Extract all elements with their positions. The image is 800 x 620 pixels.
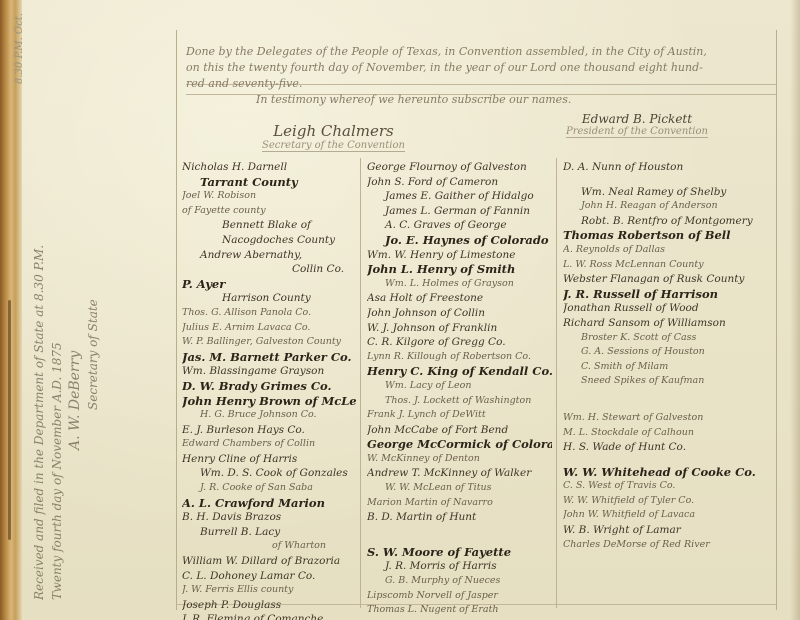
filing-endorsement: Received and filed in the Department of … <box>30 120 102 600</box>
delegate-signature: H. G. Bruce Johnson Co. <box>182 408 356 423</box>
delegate-signature: C. L. Dohoney Lamar Co. <box>182 569 356 584</box>
delegate-signature: Nicholas H. Darnell <box>182 160 356 175</box>
delegate-signature: Charles DeMorse of Red River <box>563 538 760 553</box>
delegate-signature: Jas. M. Barnett Parker Co. <box>182 350 356 365</box>
secretary-signature-block: Leigh Chalmers Secretary of the Conventi… <box>262 122 405 152</box>
delegate-signature: Thos. G. Allison Panola Co. <box>182 306 356 321</box>
delegate-signature: John S. Ford of Cameron <box>367 175 552 190</box>
delegate-signature: John Johnson of Collin <box>367 306 552 321</box>
delegate-signature: Richard Sansom of Williamson <box>563 316 760 331</box>
delegate-signature: John L. Henry of Smith <box>367 262 552 277</box>
signature-column-1: Nicholas H. Darnell Tarrant County Joel … <box>176 158 360 608</box>
delegate-signature: D. A. Nunn of Houston <box>563 160 760 175</box>
delegate-signature: Frank J. Lynch of DeWitt <box>367 408 552 423</box>
delegate-signature: Broster K. Scott of Cass <box>563 331 760 346</box>
signature-column-3: D. A. Nunn of Houston Wm. Neal Ramey of … <box>556 158 764 608</box>
delegate-signature: John H. Reagan of Anderson <box>563 199 760 214</box>
margin-note-fragment: 8.30 P.M. Oct. <box>14 13 25 84</box>
delegate-signature: Burrell B. Lacy <box>182 525 356 540</box>
delegate-signature: W. McKinney of Denton <box>367 452 552 467</box>
delegate-signature: Henry Cline of Harris <box>182 452 356 467</box>
delegate-signature: of Fayette county <box>182 204 356 219</box>
preamble-line: on this the twenty fourth day of Novembe… <box>186 60 766 76</box>
delegate-signature: Collin Co. <box>182 262 356 277</box>
delegate-signature: Wm. H. Stewart of Galveston <box>563 411 760 426</box>
preamble-line: In testimony whereof we hereunto subscri… <box>186 92 766 108</box>
delegate-signature: Wm. W. Henry of Limestone <box>367 248 552 263</box>
president-name: Edward B. Pickett <box>566 112 708 126</box>
endorsement-signer: A. W. DeBerry <box>66 120 84 600</box>
delegate-signature: J. R. Russell of Harrison <box>563 287 760 302</box>
delegate-signature: G. A. Sessions of Houston <box>563 345 760 360</box>
delegate-signature: James E. Gaither of Hidalgo <box>367 189 552 204</box>
delegate-signature: H. S. Wade of Hunt Co. <box>563 440 760 455</box>
right-ruling-line <box>776 30 777 610</box>
delegate-signature: Jonathan Russell of Wood <box>563 301 760 316</box>
delegate-signature: Wm. Blassingame Grayson <box>182 364 356 379</box>
delegate-signature: Edward Chambers of Collin <box>182 437 356 452</box>
delegate-signature: W. W. Whitfield of Tyler Co. <box>563 494 760 509</box>
delegate-signature: Wm. L. Holmes of Grayson <box>367 277 552 292</box>
delegate-signature: J. R. Fleming of Comanche <box>182 612 356 620</box>
delegate-signature: Sneed Spikes of Kaufman <box>563 374 760 389</box>
delegate-signature: M. L. Stockdale of Calhoun <box>563 426 760 441</box>
secretary-title: Secretary of the Convention <box>262 140 405 152</box>
delegate-signature: of Wharton <box>182 539 356 554</box>
endorsement-line: Received and filed in the Department of … <box>30 120 48 600</box>
delegate-signature: Lipscomb Norvell of Jasper <box>367 589 552 604</box>
preamble-line: red and seventy-five. <box>186 76 766 92</box>
delegate-signature: Asa Holt of Freestone <box>367 291 552 306</box>
delegate-signature: Henry C. King of Kendall Co. <box>367 364 552 379</box>
delegate-signature: B. D. Martin of Hunt <box>367 510 552 525</box>
delegate-signature: W. B. Wright of Lamar <box>563 523 760 538</box>
delegate-signature: W. W. McLean of Titus <box>367 481 552 496</box>
delegate-signature: John Henry Brown of McLennan <box>182 394 356 409</box>
delegate-signature: C. S. West of Travis Co. <box>563 479 760 494</box>
delegate-signature: Wm. Lacy of Leon <box>367 379 552 394</box>
delegate-signature: C. Smith of Milam <box>563 360 760 375</box>
delegate-signature: W. J. Johnson of Franklin <box>367 321 552 336</box>
delegate-signature: C. R. Kilgore of Gregg Co. <box>367 335 552 350</box>
delegate-signature: John W. Whitfield of Lavaca <box>563 508 760 523</box>
delegate-signature: Wm. Neal Ramey of Shelby <box>563 185 760 200</box>
secretary-name: Leigh Chalmers <box>262 122 405 140</box>
delegate-signature: Thomas L. Nugent of Erath <box>367 603 552 618</box>
delegate-signature: Julius E. Arnim Lavaca Co. <box>182 321 356 336</box>
delegate-signature: L. W. Ross McLennan County <box>563 258 760 273</box>
delegate-signature: E. J. Burleson Hays Co. <box>182 423 356 438</box>
delegate-signature: Andrew T. McKinney of Walker <box>367 466 552 481</box>
document-page: Done by the Delegates of the People of T… <box>0 0 800 620</box>
delegate-signature: B. H. Davis Brazos <box>182 510 356 525</box>
delegate-signatures: Nicholas H. Darnell Tarrant County Joel … <box>176 158 764 608</box>
delegate-signature: W. W. Whitehead of Cooke Co. <box>563 465 760 480</box>
delegate-signature: Marion Martin of Navarro <box>367 496 552 511</box>
delegate-signature: James L. German of Fannin <box>367 204 552 219</box>
delegate-signature: Joel W. Robison <box>182 189 356 204</box>
delegate-signature: Bennett Blake of <box>182 218 356 233</box>
delegate-signature: A. Reynolds of Dallas <box>563 243 760 258</box>
delegate-signature: Thos. J. Lockett of Washington <box>367 394 552 409</box>
delegate-signature: Andrew Abernathy, <box>182 248 356 263</box>
delegate-signature: A. C. Graves of George <box>367 218 552 233</box>
delegate-signature: J. R. Cooke of San Saba <box>182 481 356 496</box>
delegate-signature: Joseph P. Douglass <box>182 598 356 613</box>
delegate-signature: Robt. B. Rentfro of Montgomery <box>563 214 760 229</box>
president-title: President of the Convention <box>566 126 708 138</box>
delegate-signature: Lynn R. Killough of Robertson Co. <box>367 350 552 365</box>
delegate-signature: George McCormick of Colorado <box>367 437 552 452</box>
delegate-signature: John McCabe of Fort Bend <box>367 423 552 438</box>
page-right-edge <box>790 0 800 620</box>
president-signature-block: Edward B. Pickett President of the Conve… <box>566 112 708 138</box>
endorsement-line: Twenty fourth day of November A.D. 1875 <box>48 120 66 600</box>
delegate-signature: W. P. Ballinger, Galveston County <box>182 335 356 350</box>
endorsement-signer-title: Secretary of State <box>84 120 102 600</box>
delegate-signature: George Flournoy of Galveston <box>367 160 552 175</box>
book-binding-edge <box>0 0 22 620</box>
delegate-signature: S. W. Moore of Fayette <box>367 545 552 560</box>
preamble: Done by the Delegates of the People of T… <box>186 44 766 108</box>
delegate-signature: G. B. Murphy of Nueces <box>367 574 552 589</box>
delegate-signature: Wm. D. S. Cook of Gonzales <box>182 466 356 481</box>
preamble-line: Done by the Delegates of the People of T… <box>186 44 766 60</box>
delegate-signature: William W. Dillard of Brazoria <box>182 554 356 569</box>
signature-column-2: George Flournoy of Galveston John S. For… <box>360 158 556 608</box>
delegate-signature: Thomas Robertson of Bell <box>563 228 760 243</box>
delegate-signature: A. L. Crawford Marion <box>182 496 356 511</box>
delegate-signature: Harrison County <box>182 291 356 306</box>
delegate-signature: Webster Flanagan of Rusk County <box>563 272 760 287</box>
delegate-signature: D. W. Brady Grimes Co. <box>182 379 356 394</box>
delegate-signature: P. Ayer <box>182 277 356 292</box>
delegate-signature: Tarrant County <box>182 175 356 190</box>
delegate-signature: Jo. E. Haynes of Colorado <box>367 233 552 248</box>
delegate-signature: J. W. Ferris Ellis county <box>182 583 356 598</box>
delegate-signature: Nacogdoches County <box>182 233 356 248</box>
delegate-signature: J. R. Morris of Harris <box>367 559 552 574</box>
